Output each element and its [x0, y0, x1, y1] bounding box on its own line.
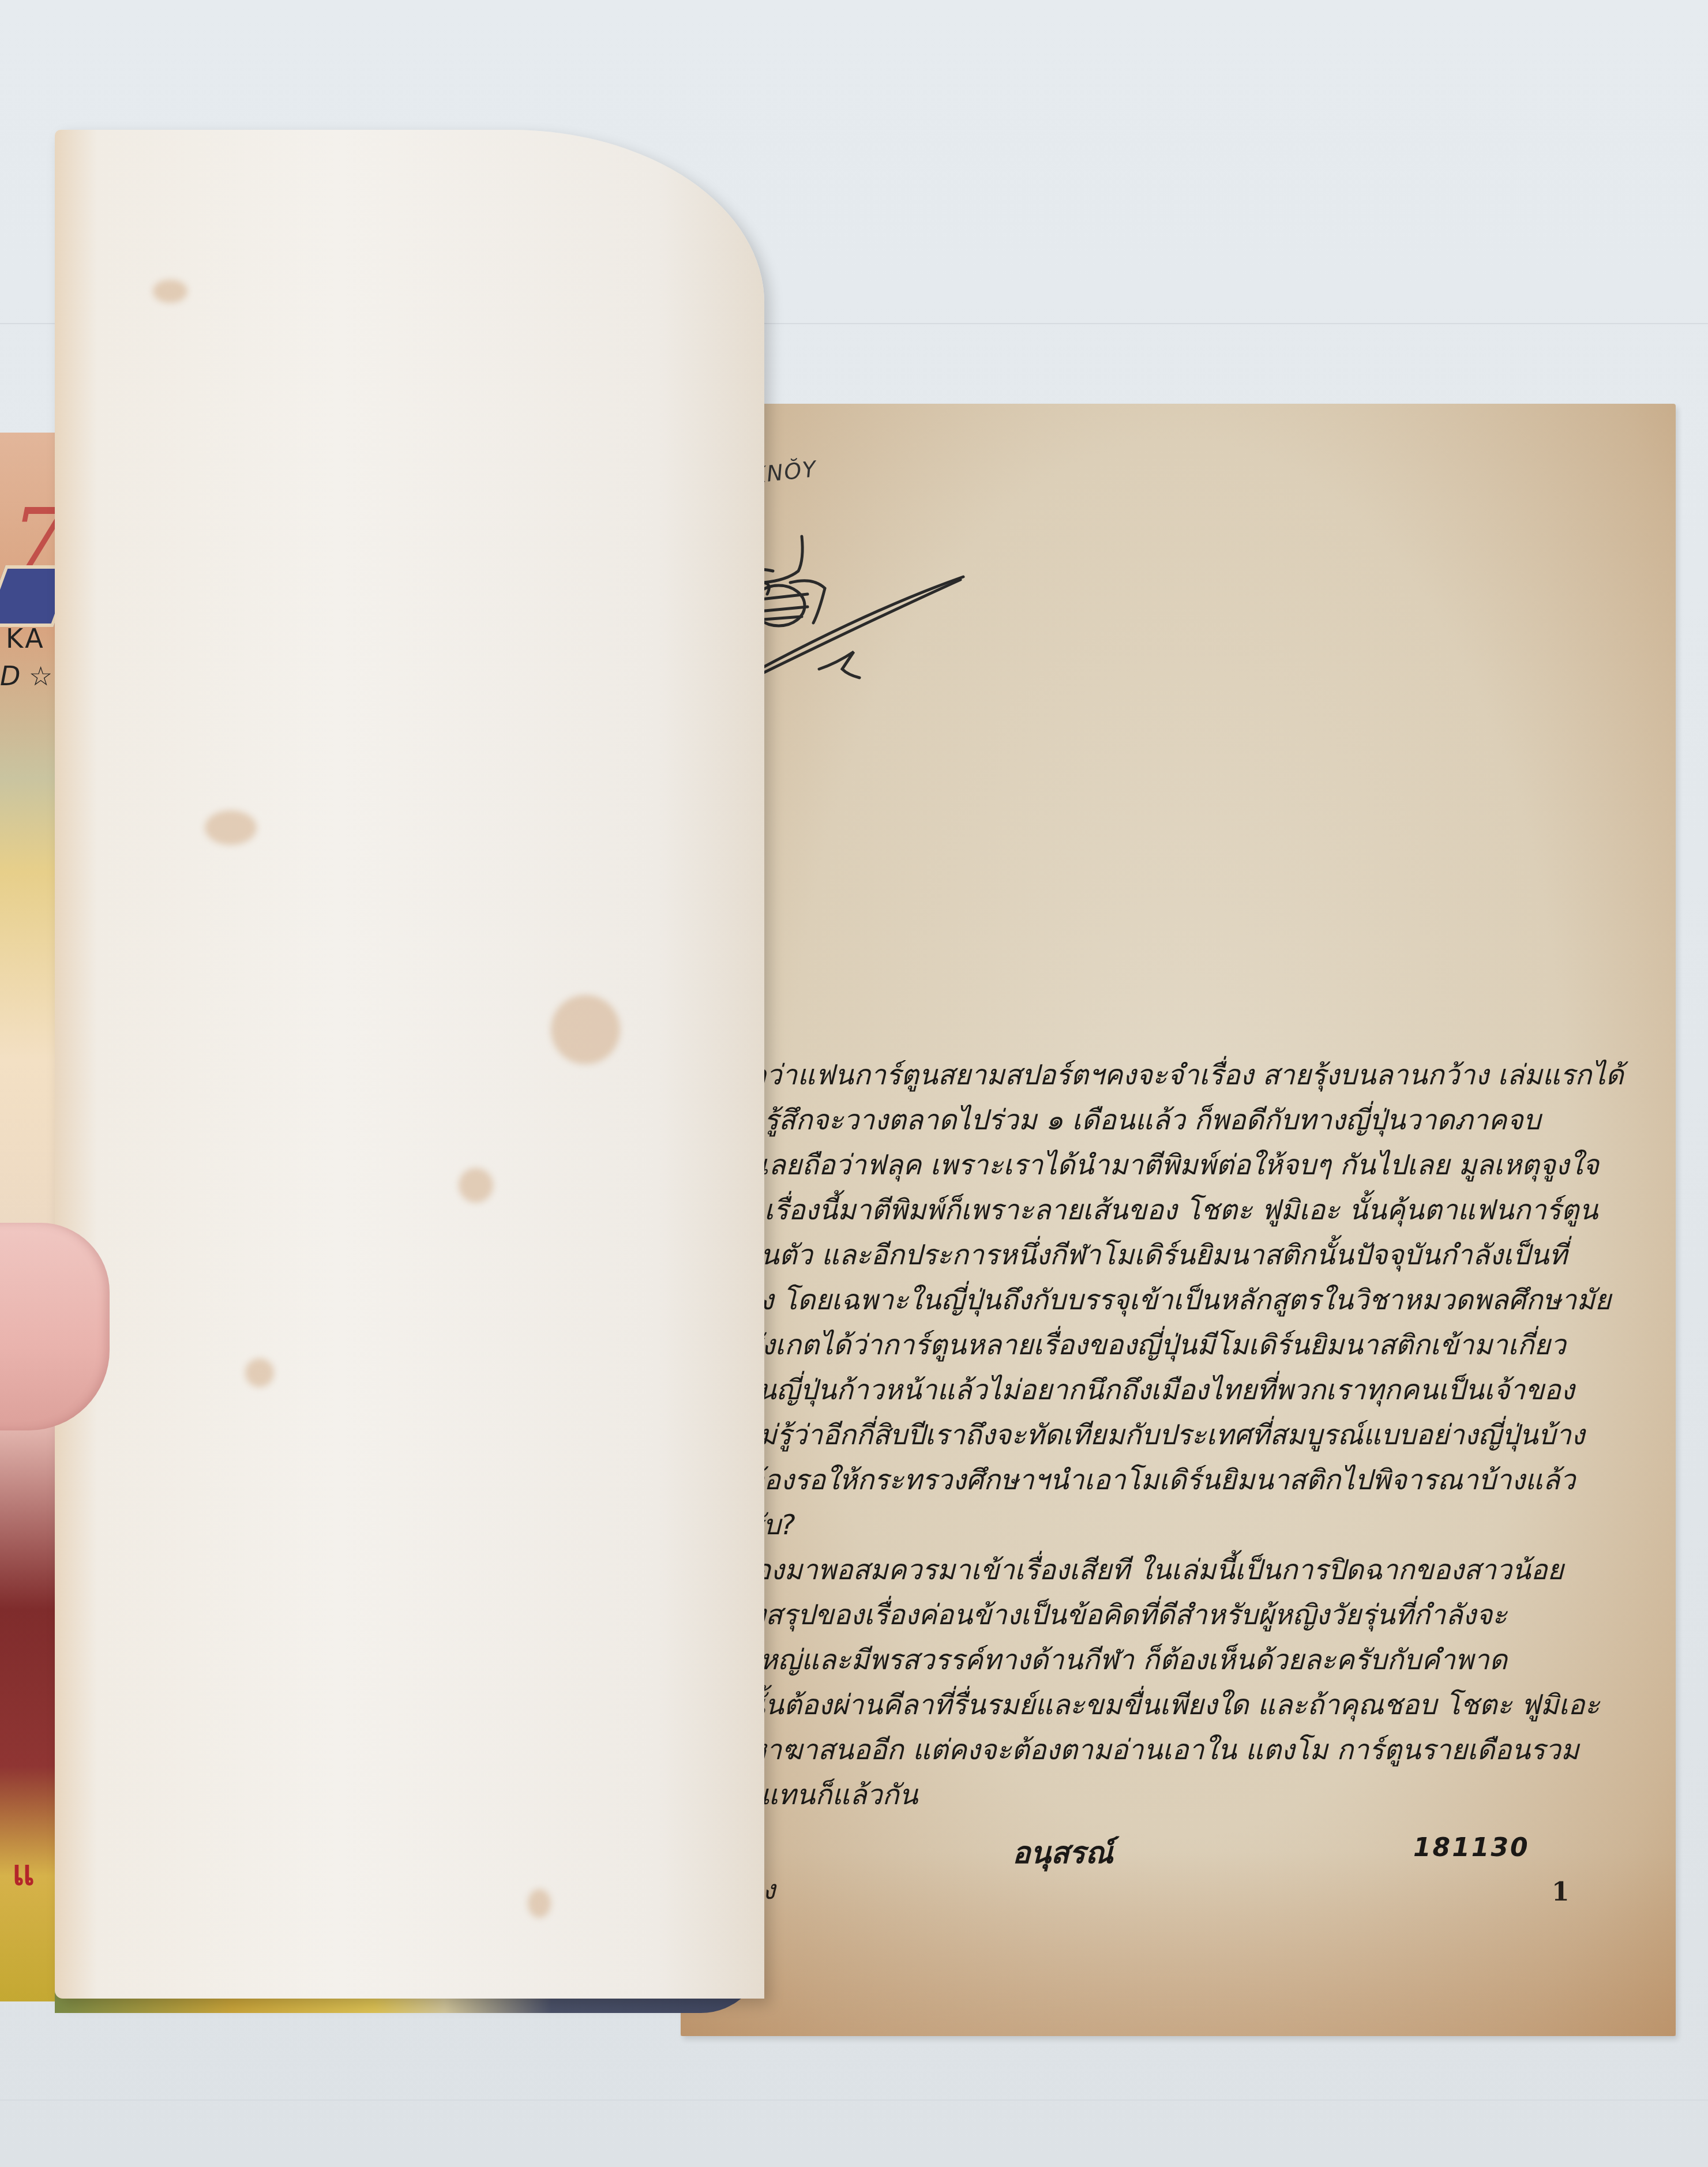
date-code: 181130	[1413, 1833, 1530, 1862]
stain	[153, 280, 187, 303]
text-line: ผิดรู้สึกจะวางตลาดไปร่วม ๑ เดือนแล้ว ก็พ…	[730, 1098, 1630, 1143]
text-line: ไว้เลยถือว่าฟลุค เพราะเราได้นำมาตีพิมพ์ต…	[730, 1143, 1630, 1188]
stain	[551, 995, 620, 1064]
preface-text: คิดว่าแฟนการ์ตูนสยามสปอร์ตฯคงจะจำเรื่อง …	[730, 1053, 1630, 1817]
stain	[205, 810, 257, 845]
cover-bottom-text: ี่ แ	[0, 1846, 35, 1901]
stain	[245, 1358, 274, 1387]
text-line: นำเรื่องนี้มาตีพิมพ์ก็เพราะลายเส้นของ โช…	[730, 1188, 1630, 1233]
text-line: ราแทนก็แล้วกัน	[730, 1772, 1630, 1817]
stain	[459, 1168, 493, 1203]
text-line: มหาฆาสนออีก แต่คงจะต้องตามอ่านเอาใน แตงโ…	[730, 1727, 1630, 1772]
wall-panel-seam	[0, 2100, 1708, 2101]
text-line: รานตัว และอีกประการหนึ่งกีฬาโมเดิร์นยิมน…	[730, 1233, 1630, 1278]
text-line: คิดว่าแฟนการ์ตูนสยามสปอร์ตฯคงจะจำเรื่อง …	[730, 1053, 1630, 1098]
text-line: จนั้นต้องผ่านคีลาที่รื่นรมย์และขมขื่นเพี…	[730, 1682, 1630, 1727]
signature-icon	[733, 525, 1033, 709]
text-line: ยต้องรอให้กระทรวงศึกษาฯนำเอาโมเดิร์นยิมน…	[730, 1458, 1630, 1503]
text-line: ะไม่รู้ว่าอีกกี่สิบปีเราถึงจะทัดเทียมกับ…	[730, 1413, 1630, 1458]
text-line: บทสรุปของเรื่องค่อนข้างเป็นข้อคิดที่ดีสำ…	[730, 1593, 1630, 1638]
cover-title-fragment: KA	[6, 623, 46, 654]
book-page: NOKNŎY คิดว่าแฟนการ์ตูนสยามสปอร์ตฯคงจะจำ…	[681, 404, 1676, 2036]
flipped-page[interactable]	[55, 130, 764, 1999]
cover-subtitle-fragment: D ☆	[0, 660, 52, 692]
text-line: งสูง โดยเฉพาะในญี่ปุ่นถึงกับบรรจุเข้าเป็…	[730, 1278, 1630, 1323]
text-line: เรื่องมาพอสมควรมาเข้าเรื่องเสียที ในเล่ม…	[730, 1548, 1630, 1593]
text-line: ะสังเกตได้ว่าการ์ตูนหลายเรื่องของญี่ปุ่น…	[730, 1323, 1630, 1368]
text-line: เห็นญี่ปุ่นก้าวหน้าแล้วไม่อยากนึกถึงเมือ…	[730, 1368, 1630, 1413]
text-line: ครับ?	[730, 1503, 1630, 1548]
author-name: อนุสรณ์	[1012, 1828, 1113, 1876]
stain	[528, 1889, 551, 1918]
text-line: ผู้ใหญ่และมีพรสวรรค์ทางด้านกีฬา ก็ต้องเห…	[730, 1638, 1630, 1682]
page-number: 1	[1552, 1877, 1570, 1907]
